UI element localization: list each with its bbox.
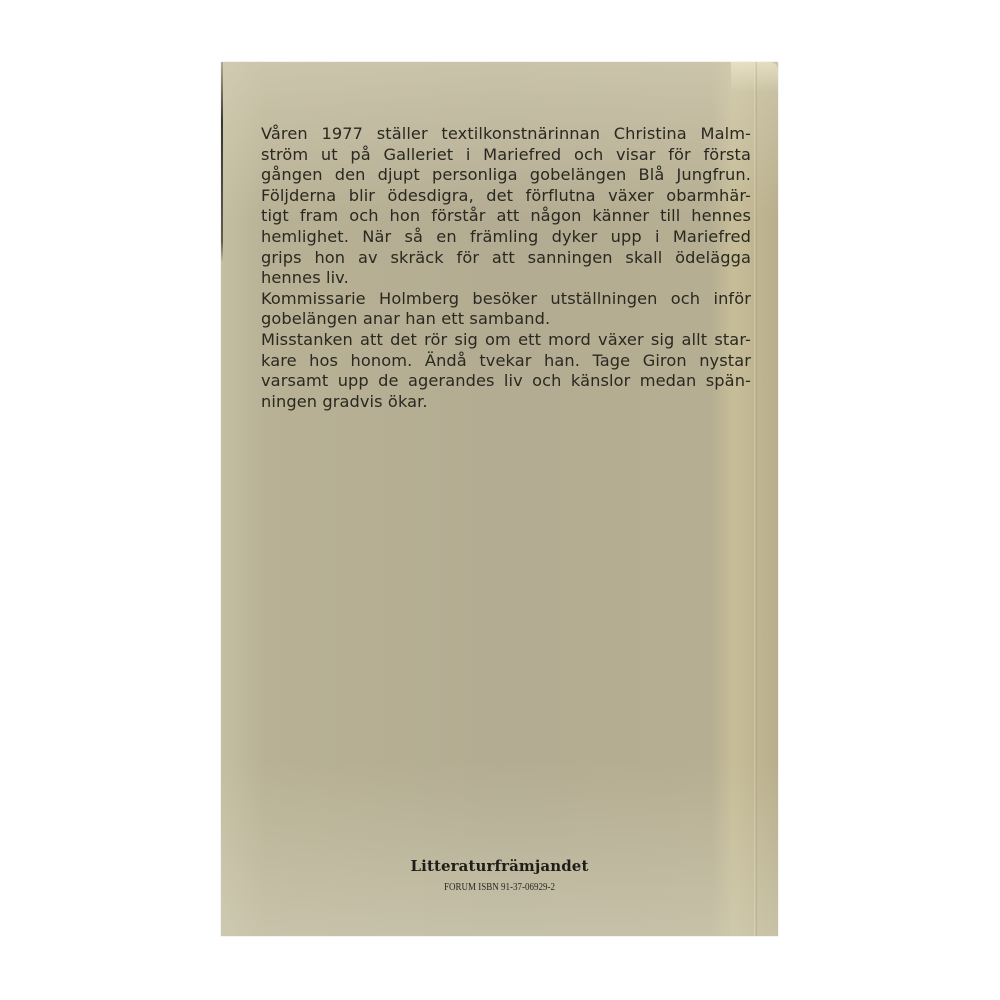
blurb-line: Misstanken att det rör sig om ett mord v… — [261, 330, 751, 351]
blurb-line: Kommissarie Holmberg besöker utställning… — [261, 289, 751, 310]
blurb-text: Våren 1977 ställer textilkonstnärinnan C… — [261, 124, 751, 412]
isbn-line: FORUM ISBN 91-37-06929-2 — [249, 882, 750, 893]
blurb-line: hemlighet. När så en främling dyker upp … — [261, 227, 751, 248]
blurb-line: grips hon av skräck för att sanningen sk… — [261, 248, 751, 269]
blurb-line: tigt fram och hon förstår att någon känn… — [261, 206, 751, 227]
blurb-line: gången den djupt personliga gobelängen B… — [261, 165, 751, 186]
book-back-cover: Våren 1977 ställer textilkonstnärinnan C… — [221, 62, 778, 936]
blurb-line: gobelängen anar han ett samband. — [261, 309, 751, 330]
blurb-line: ström ut på Galleriet i Mariefred och vi… — [261, 145, 751, 166]
blurb-line: Våren 1977 ställer textilkonstnärinnan C… — [261, 124, 751, 145]
blurb-line: varsamt upp de agerandes liv och känslor… — [261, 371, 751, 392]
cover-edge-shadow — [221, 62, 223, 262]
blurb-line: ningen gradvis ökar. — [261, 392, 751, 413]
blurb-line: hennes liv. — [261, 268, 751, 289]
publisher-name: Litteraturfrämjandet — [221, 857, 778, 875]
blurb-line: kare hos honom. Ändå tvekar han. Tage Gi… — [261, 351, 751, 372]
spine-hinge — [754, 62, 757, 936]
blurb-line: Följderna blir ödesdigra, det förflutna … — [261, 186, 751, 207]
